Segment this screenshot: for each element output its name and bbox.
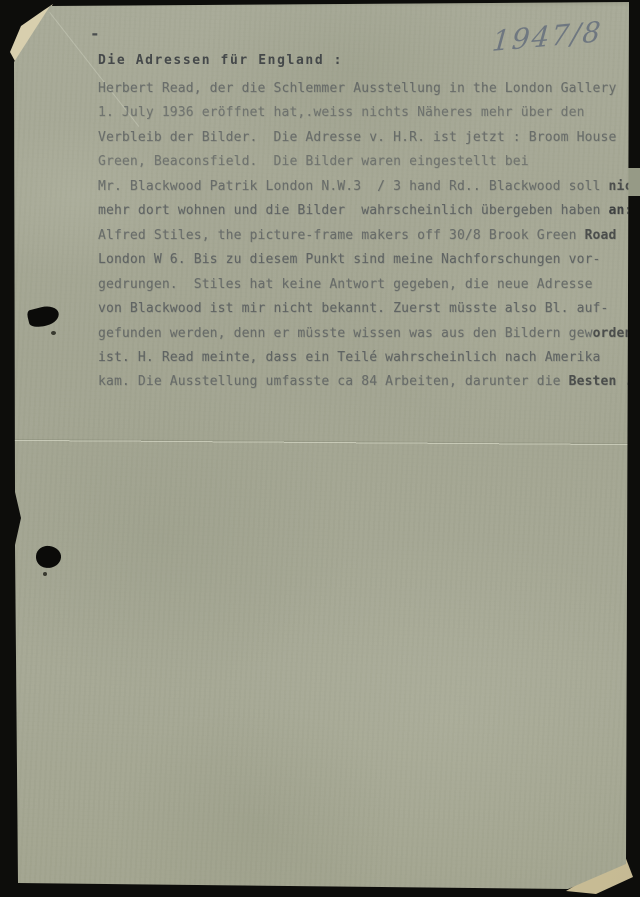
typed-line: gedrungen. Stiles hat keine Antwort gege… — [98, 273, 640, 297]
typed-line: Mr. Blackwood Patrik London N.W.3 / 3 ha… — [98, 175, 640, 199]
typed-segment-bold: orden — [593, 326, 633, 341]
scan-background: - 1947/8 Die Adressen für England : Herb… — [0, 0, 640, 897]
typed-segment: Herbert Read, der die Schlemmer Ausstell… — [98, 81, 616, 96]
typed-segment-bold: Road — [585, 228, 617, 243]
ink-speck — [51, 331, 56, 335]
typed-line: 1. July 1936 eröffnet hat,.weiss nichts … — [98, 101, 640, 125]
typed-line: von Blackwood ist mir nicht bekannt. Zue… — [98, 297, 640, 321]
document-heading: Die Adressen für England : — [98, 53, 640, 68]
typed-segment: Verbleib der Bilder. Die Adresse v. H.R.… — [98, 130, 616, 145]
typed-line: London W 6. Bis zu diesem Punkt sind mei… — [98, 248, 640, 272]
typed-lines: Herbert Read, der die Schlemmer Ausstell… — [98, 77, 640, 395]
typed-segment: gedrungen. Stiles hat keine Antwort gege… — [98, 277, 593, 292]
typed-line: gefunden werden, denn er müsste wissen w… — [98, 322, 640, 346]
typed-segment: Green, Beaconsfield. Die Bilder waren ei… — [98, 154, 529, 169]
typed-line: Verbleib der Bilder. Die Adresse v. H.R.… — [98, 126, 640, 150]
typed-line: Alfred Stiles, the picture-frame makers … — [98, 224, 640, 248]
typed-segment: London W 6. Bis zu diesem Punkt sind mei… — [98, 252, 601, 267]
typed-segment: Mr. Blackwood Patrik London N.W.3 / 3 ha… — [98, 179, 609, 194]
typed-text-block: Die Adressen für England : Herbert Read,… — [98, 53, 640, 395]
typed-segment: von Blackwood ist mir nicht bekannt. Zue… — [98, 301, 609, 316]
typed-line: Green, Beaconsfield. Die Bilder waren ei… — [98, 150, 640, 174]
typed-segment: 1. July 1936 eröffnet hat,.weiss nichts … — [98, 105, 585, 120]
typed-dash-mark: - — [90, 24, 100, 43]
typed-line: mehr dort wohnen und die Bilder wahrsche… — [98, 199, 640, 223]
typed-segment: ist. H. Read meinte, dass ein Teilé wahr… — [98, 350, 601, 365]
typed-segment: Alfred Stiles, the picture-frame makers … — [98, 228, 585, 243]
typed-line: Herbert Read, der die Schlemmer Ausstell… — [98, 77, 640, 101]
typed-segment-bold: an: — [609, 203, 633, 218]
handwritten-archive-number: 1947/8 — [491, 15, 604, 58]
typed-segment-bold: Besten . — [569, 374, 633, 389]
typed-segment: gefunden werden, denn er müsste wissen w… — [98, 326, 593, 341]
typed-line: kam. Die Ausstellung umfasste ca 84 Arbe… — [98, 370, 640, 394]
typed-line: ist. H. Read meinte, dass ein Teilé wahr… — [98, 346, 640, 370]
paper-sheet: - 1947/8 Die Adressen für England : Herb… — [0, 0, 640, 897]
typed-segment: mehr dort wohnen und die Bilder wahrsche… — [98, 203, 609, 218]
ink-speck — [43, 572, 47, 576]
typed-segment: kam. Die Ausstellung umfasste ca 84 Arbe… — [98, 374, 569, 389]
fold-crease — [12, 439, 628, 446]
